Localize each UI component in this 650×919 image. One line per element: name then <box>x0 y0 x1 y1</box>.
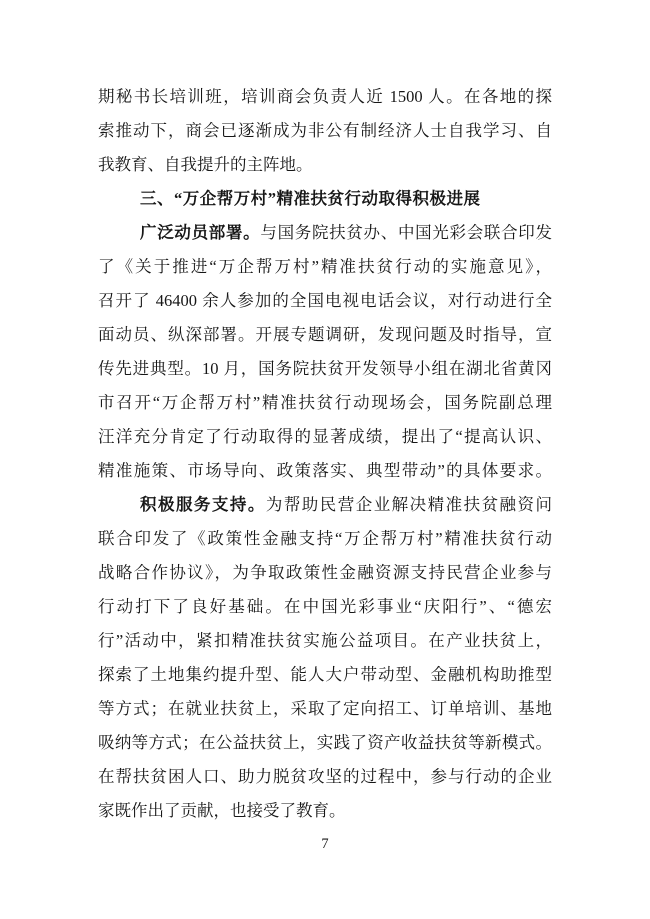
text-line: 行动打下了良好基础。在中国光彩事业“庆阳行”、“德宏 <box>98 590 552 624</box>
text-line: 等方式；在就业扶贫上，采取了定向招工、订单培训、基地 <box>98 692 552 726</box>
text-line: 在帮扶贫困人口、助力脱贫攻坚的过程中，参与行动的企业 <box>98 760 552 794</box>
page-number: 7 <box>0 836 650 853</box>
text-line: 联合印发了《政策性金融支持“万企帮万村”精准扶贫行动 <box>98 522 552 556</box>
text-line: 了《关于推进“万企帮万村”精准扶贫行动的实施意见》， <box>98 250 552 284</box>
text-line: 汪洋充分肯定了行动取得的显著成绩，提出了“提高认识、 <box>98 420 552 454</box>
document-page: 期秘书长培训班，培训商会负责人近 1500 人。在各地的探 索推动下，商会已逐渐… <box>0 0 650 919</box>
document-body: 期秘书长培训班，培训商会负责人近 1500 人。在各地的探 索推动下，商会已逐渐… <box>98 80 552 828</box>
text-line: 探索了土地集约提升型、能人大户带动型、金融机构助推型 <box>98 658 552 692</box>
line-text: 与国务院扶贫办、中国光彩会联合印发 <box>260 223 552 242</box>
text-line: 精准施策、市场导向、政策落实、典型带动”的具体要求。 <box>98 454 552 488</box>
section-heading: 三、“万企帮万村”精准扶贫行动取得积极进展 <box>98 182 552 216</box>
text-line: 召开了 46400 余人参加的全国电视电话会议，对行动进行全 <box>98 284 552 318</box>
bold-lead: 积极服务支持。 <box>140 495 266 514</box>
text-line: 期秘书长培训班，培训商会负责人近 1500 人。在各地的探 <box>98 80 552 114</box>
text-line: 吸纳等方式；在公益扶贫上，实践了资产收益扶贫等新模式。 <box>98 726 552 760</box>
bold-lead: 广泛动员部署。 <box>140 223 260 242</box>
text-line: 传先进典型。10 月，国务院扶贫开发领导小组在湖北省黄冈 <box>98 352 552 386</box>
paragraph-first-line: 积极服务支持。为帮助民营企业解决精准扶贫融资问题， <box>98 488 552 522</box>
text-line: 战略合作协议》，为争取政策性金融资源支持民营企业参与 <box>98 556 552 590</box>
text-line: 面动员、纵深部署。开展专题调研，发现问题及时指导，宣 <box>98 318 552 352</box>
paragraph-first-line: 广泛动员部署。与国务院扶贫办、中国光彩会联合印发 <box>98 216 552 250</box>
text-line: 家既作出了贡献，也接受了教育。 <box>98 794 552 828</box>
text-line: 索推动下，商会已逐渐成为非公有制经济人士自我学习、自 <box>98 114 552 148</box>
text-line: 行”活动中，紧扣精准扶贫实施公益项目。在产业扶贫上， <box>98 624 552 658</box>
text-line: 我教育、自我提升的主阵地。 <box>98 148 552 182</box>
text-line: 市召开“万企帮万村”精准扶贫行动现场会，国务院副总理 <box>98 386 552 420</box>
